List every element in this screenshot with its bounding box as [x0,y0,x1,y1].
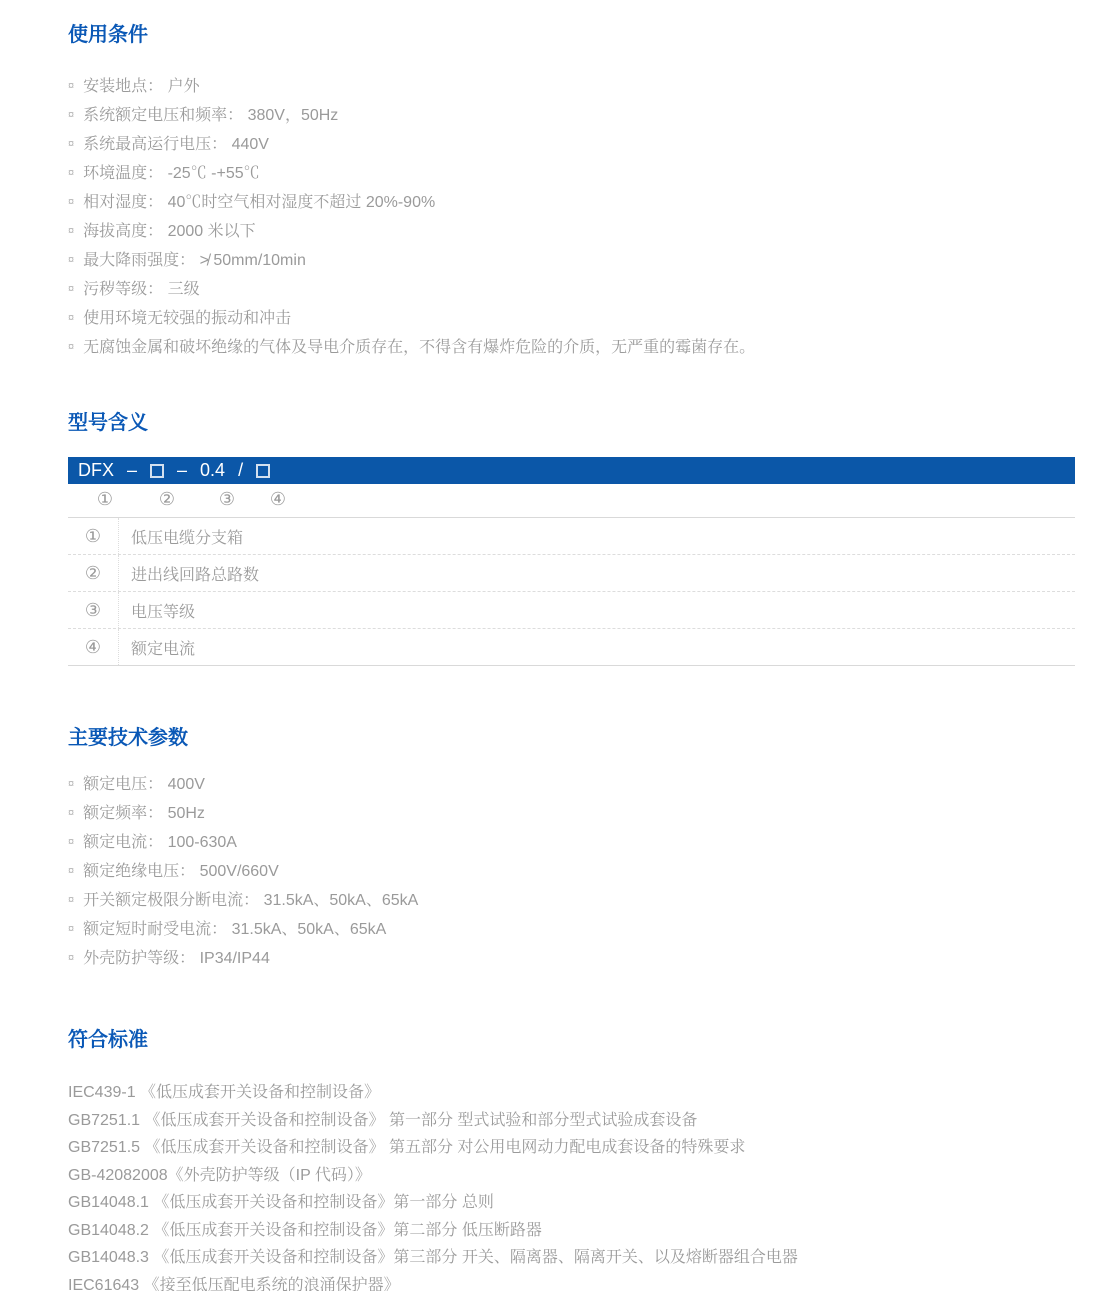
list-item: ¤外壳防护等级： IP34/IP44 [68,945,1075,974]
row-description: 进出线回路总路数 [119,555,259,591]
model-legend-table: ① 低压电缆分支箱 ② 进出线回路总路数 ③ 电压等级 ④ 额定电流 [68,517,1075,666]
list-item-text: 系统最高运行电压： 440V [83,131,269,158]
list-item-text: 污秽等级： 三级 [83,276,199,303]
list-item-text: 系统额定电压和频率： 380V，50Hz [83,102,338,129]
bullet-icon: ¤ [68,800,74,827]
list-item-text: 安装地点： 户外 [83,73,199,100]
section-title-usage: 使用条件 [68,24,1075,47]
row-description: 低压电缆分支箱 [119,518,243,554]
bullet-icon: ¤ [68,276,74,303]
list-item-text: 额定电流： 100-630A [83,829,237,856]
list-item: GB7251.5 《低压成套开关设备和控制设备》 第五部分 对公用电网动力配电成… [68,1134,1075,1162]
list-item-text: 外壳防护等级： IP34/IP44 [83,945,270,972]
list-item-text: 额定频率： 50Hz [83,800,205,827]
row-number: ③ [68,592,119,628]
marker-circled-4: ④ [270,488,286,510]
list-item: ¤相对湿度： 40℃时空气相对湿度不超过 20%-90% [68,189,1075,218]
row-number: ④ [68,629,119,665]
list-item: ¤额定短时耐受电流： 31.5kA、50kA、65kA [68,916,1075,945]
section-technical-parameters: 主要技术参数 ¤额定电压： 400V ¤额定频率： 50Hz ¤额定电流： 10… [68,727,1075,974]
list-item-text: 环境温度： -25℃ -+55℃ [83,160,260,187]
list-item: ¤系统最高运行电压： 440V [68,131,1075,160]
list-item: ¤使用环境无较强的振动和冲击 [68,305,1075,334]
technical-parameters-list: ¤额定电压： 400V ¤额定频率： 50Hz ¤额定电流： 100-630A … [68,771,1075,974]
list-item: ¤最大降雨强度： ≯ 50mm/10min [68,247,1075,276]
list-item-text: 额定短时耐受电流： 31.5kA、50kA、65kA [83,916,386,943]
row-number: ① [68,518,119,554]
model-code-dash: – [177,460,187,481]
list-item-text: 开关额定极限分断电流： 31.5kA、50kA、65kA [83,887,418,914]
bullet-icon: ¤ [68,858,74,885]
section-standards: 符合标准 IEC439-1 《低压成套开关设备和控制设备》 GB7251.1 《… [68,1029,1075,1291]
bullet-icon: ¤ [68,73,74,100]
standards-list: IEC439-1 《低压成套开关设备和控制设备》 GB7251.1 《低压成套开… [68,1079,1075,1291]
list-item: ¤环境温度： -25℃ -+55℃ [68,160,1075,189]
list-item: ¤额定电流： 100-630A [68,829,1075,858]
list-item-text: 额定电压： 400V [83,771,205,798]
table-row: ④ 额定电流 [68,628,1075,665]
model-code-markers: ① ② ③ ④ [68,488,1075,510]
table-row: ③ 电压等级 [68,591,1075,628]
list-item: GB14048.2 《低压成套开关设备和控制设备》第二部分 低压断路器 [68,1217,1075,1245]
model-code-bar: DFX – – 0.4 / [68,457,1075,484]
bullet-icon: ¤ [68,334,74,361]
marker-circled-3: ③ [219,488,235,510]
bullet-icon: ¤ [68,829,74,856]
list-item: GB14048.3 《低压成套开关设备和控制设备》第三部分 开关、隔离器、隔离开… [68,1244,1075,1272]
section-model-designation: 型号含义 DFX – – 0.4 / ① ② ③ ④ ① 低压电缆分支箱 ② 进… [68,412,1075,666]
list-item-text: 使用环境无较强的振动和冲击 [83,305,291,332]
bullet-icon: ¤ [68,131,74,158]
list-item: ¤系统额定电压和频率： 380V，50Hz [68,102,1075,131]
model-code-voltage: 0.4 [200,460,225,481]
bullet-icon: ¤ [68,102,74,129]
list-item: IEC439-1 《低压成套开关设备和控制设备》 [68,1079,1075,1107]
marker-circled-2: ② [159,488,175,510]
usage-conditions-list: ¤安装地点： 户外 ¤系统额定电压和频率： 380V，50Hz ¤系统最高运行电… [68,73,1075,363]
model-code-prefix: DFX [78,460,114,481]
placeholder-box-icon [150,464,164,478]
bullet-icon: ¤ [68,305,74,332]
placeholder-box-icon [256,464,270,478]
list-item: ¤污秽等级： 三级 [68,276,1075,305]
section-title-model: 型号含义 [68,412,1075,435]
bullet-icon: ¤ [68,160,74,187]
spec-page: 使用条件 ¤安装地点： 户外 ¤系统额定电压和频率： 380V，50Hz ¤系统… [0,0,1106,1291]
list-item: ¤开关额定极限分断电流： 31.5kA、50kA、65kA [68,887,1075,916]
list-item-text: 最大降雨强度： ≯ 50mm/10min [83,247,306,274]
list-item: ¤额定电压： 400V [68,771,1075,800]
bullet-icon: ¤ [68,218,74,245]
list-item: IEC61643 《接至低压配电系统的浪涌保护器》 [68,1272,1075,1291]
section-title-standards: 符合标准 [68,1029,1075,1052]
bullet-icon: ¤ [68,189,74,216]
marker-circled-1: ① [97,488,113,510]
list-item-text: 无腐蚀金属和破坏绝缘的气体及导电介质存在，不得含有爆炸危险的介质，无严重的霉菌存… [83,334,755,361]
model-code-dash: – [127,460,137,481]
list-item: ¤海拔高度： 2000 米以下 [68,218,1075,247]
list-item: ¤无腐蚀金属和破坏绝缘的气体及导电介质存在，不得含有爆炸危险的介质，无严重的霉菌… [68,334,1075,363]
bullet-icon: ¤ [68,771,74,798]
list-item: GB14048.1 《低压成套开关设备和控制设备》第一部分 总则 [68,1189,1075,1217]
row-number: ② [68,555,119,591]
section-usage-conditions: 使用条件 ¤安装地点： 户外 ¤系统额定电压和频率： 380V，50Hz ¤系统… [68,24,1075,363]
bullet-icon: ¤ [68,887,74,914]
row-description: 额定电流 [119,629,195,665]
list-item-text: 额定绝缘电压： 500V/660V [83,858,279,885]
list-item: ¤额定频率： 50Hz [68,800,1075,829]
list-item: ¤额定绝缘电压： 500V/660V [68,858,1075,887]
list-item: GB-42082008《外壳防护等级（IP 代码）》 [68,1162,1075,1190]
row-description: 电压等级 [119,592,195,628]
section-title-params: 主要技术参数 [68,727,1075,750]
bullet-icon: ¤ [68,247,74,274]
list-item: GB7251.1 《低压成套开关设备和控制设备》 第一部分 型式试验和部分型式试… [68,1107,1075,1135]
table-row: ① 低压电缆分支箱 [68,518,1075,554]
table-row: ② 进出线回路总路数 [68,554,1075,591]
model-code-slash: / [238,460,243,481]
list-item-text: 相对湿度： 40℃时空气相对湿度不超过 20%-90% [83,189,435,216]
bullet-icon: ¤ [68,945,74,972]
list-item: ¤安装地点： 户外 [68,73,1075,102]
list-item-text: 海拔高度： 2000 米以下 [83,218,256,245]
bullet-icon: ¤ [68,916,74,943]
